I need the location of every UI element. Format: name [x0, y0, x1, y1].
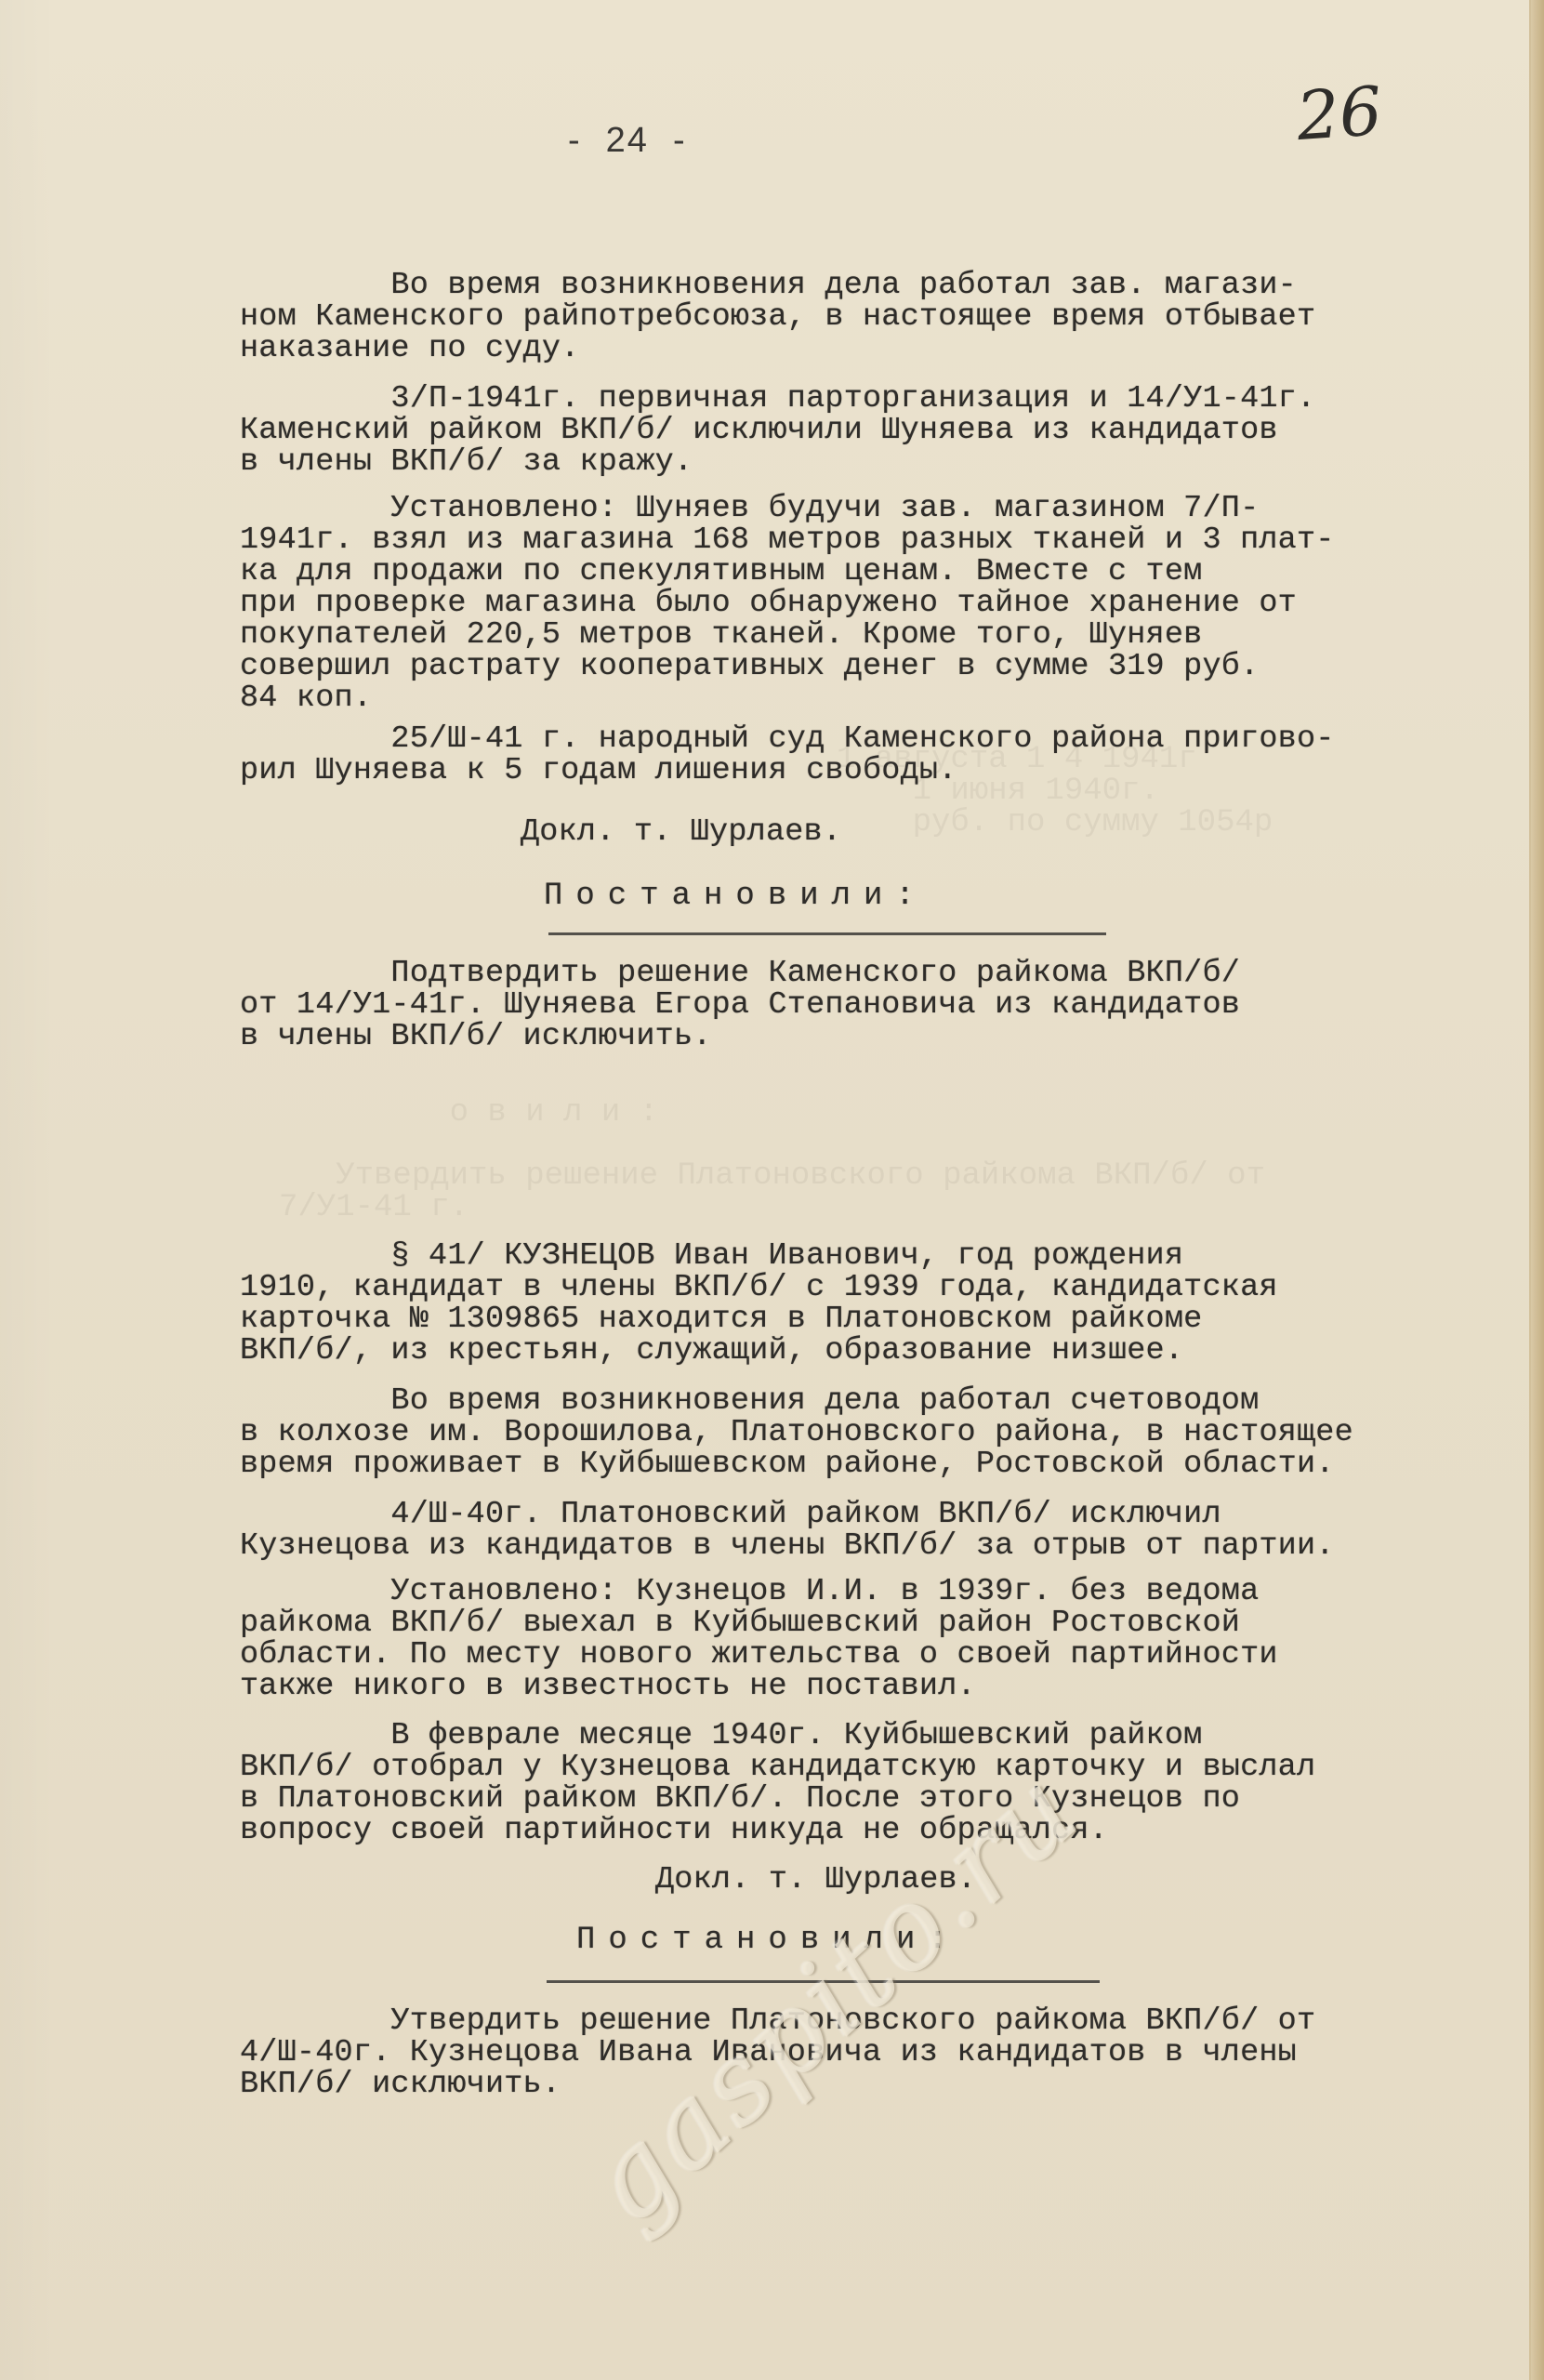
- case1-resolution-heading: Постановили:: [544, 879, 928, 914]
- page-number: -24-: [544, 121, 711, 161]
- case2-paragraph-personal-data: § 41/ КУЗНЕЦОВ Иван Иванович, год рожден…: [240, 1240, 1532, 1367]
- case1-paragraph-sentence: 25/Ш-41 г. народный суд Каменского район…: [240, 723, 1532, 787]
- case1-heading-underline: [548, 932, 1106, 935]
- handwritten-folio-number: 26: [1294, 72, 1384, 155]
- case1-resolution-text: Подтвердить решение Каменского райкома В…: [240, 958, 1532, 1052]
- case1-paragraph-findings: Установлено: Шуняев будучи зав. магазино…: [240, 493, 1532, 714]
- case2-paragraph-employment: Во время возникновения дела работал счет…: [240, 1385, 1532, 1480]
- dash-left: -: [568, 121, 582, 161]
- page-number-value: 24: [606, 121, 649, 160]
- case1-reporter: Докл. т. Шурлаев.: [521, 816, 1544, 848]
- case1-paragraph-expulsion: 3/П-1941г. первичная парторганизация и 1…: [240, 383, 1532, 478]
- case2-paragraph-card-seized: В феврале месяце 1940г. Куйбышевский рай…: [240, 1720, 1532, 1846]
- case2-paragraph-findings: Установлено: Кузнецов И.И. в 1939г. без …: [240, 1576, 1532, 1702]
- case1-paragraph-employment: Во время возникновения дела работал зав.…: [240, 270, 1532, 364]
- dash-right: -: [673, 121, 687, 161]
- case2-paragraph-expulsion: 4/Ш-40г. Платоновский райком ВКП/б/ искл…: [240, 1499, 1532, 1562]
- case2-reporter: Докл. т. Шурлаев.: [655, 1864, 1544, 1896]
- bleed-through-text: о в и л и : Утвердить решение Платоновск…: [279, 1097, 1265, 1223]
